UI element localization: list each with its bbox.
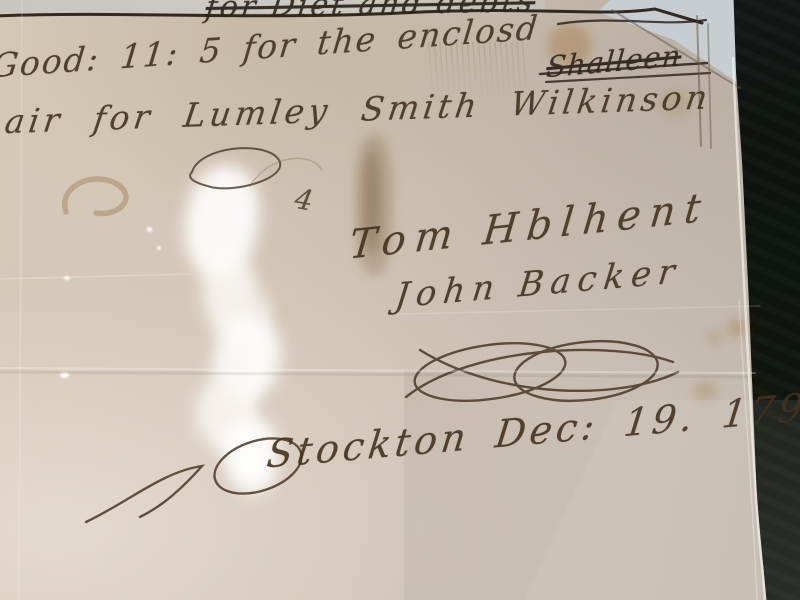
sleeve-edge-highlight: [733, 58, 765, 600]
paper-crease: [0, 274, 190, 279]
paper-crease: [19, 0, 22, 600]
photo-of-handwritten-letter: { "scene": { "description_label": "photo…: [0, 0, 800, 600]
faded-ink-mark: [65, 179, 126, 213]
